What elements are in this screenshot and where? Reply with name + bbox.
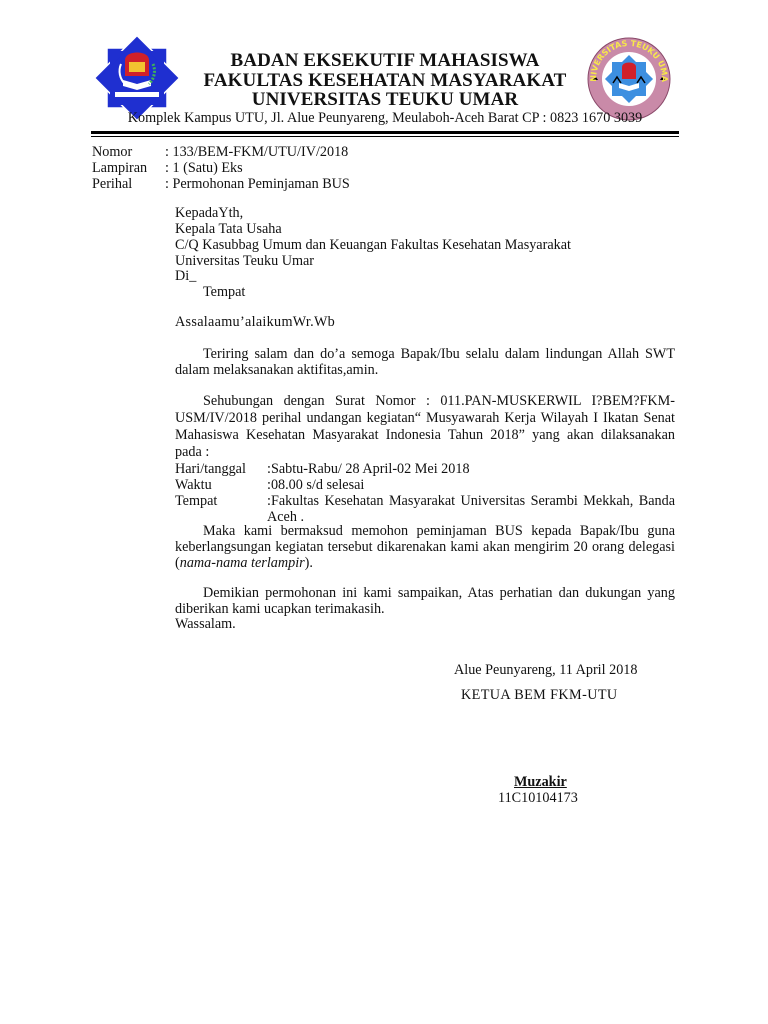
paragraph-request-end: ). [305, 555, 313, 571]
detail-value-date: :Sabtu-Rabu/ 28 April-02 Mei 2018 [267, 461, 470, 477]
letterhead-university-name: UNIVERSITAS TEUKU UMAR [180, 89, 590, 110]
detail-value-time: :08.00 s/d selesai [267, 477, 364, 493]
meta-value-lampiran: : 1 (Satu) Eks [165, 160, 243, 176]
recipient-place: Tempat [203, 284, 245, 300]
closing-salutation: Wassalam. [175, 616, 236, 632]
bem-fkm-logo-icon [95, 36, 179, 120]
recipient-line: Di_ [175, 268, 196, 284]
paragraph-reference: Sehubungan dengan Surat Nomor : 011.PAN-… [175, 393, 675, 461]
letterhead-faculty-name: FAKULTAS KESEHATAN MASYARAKAT [180, 70, 590, 91]
recipient-line: KepadaYth, [175, 205, 243, 221]
recipient-line: Kepala Tata Usaha [175, 221, 282, 237]
signatory-id: 11C10104173 [498, 790, 578, 806]
letterhead-address: Komplek Kampus UTU, Jl. Alue Peunyareng,… [95, 110, 675, 127]
detail-label-place: Tempat [175, 493, 217, 509]
letterhead-rule-thin [91, 136, 679, 137]
greeting: Assalaamu’alaikumWr.Wb [175, 314, 335, 330]
detail-label-date: Hari/tanggal [175, 461, 246, 477]
signatory-name: Muzakir [514, 774, 567, 790]
detail-label-time: Waktu [175, 477, 212, 493]
paragraph-opening: Teriring salam dan do’a semoga Bapak/Ibu… [175, 346, 675, 378]
detail-value-place: :Fakultas Kesehatan Masyarakat Universit… [267, 493, 675, 525]
paragraph-closing: Demikian permohonan ini kami sampaikan, … [175, 585, 675, 617]
letterhead-org-name: BADAN EKSEKUTIF MAHASISWA [180, 50, 590, 71]
paragraph-opening-text: Teriring salam dan do’a semoga Bapak/Ibu… [175, 346, 675, 378]
meta-label-perihal: Perihal [92, 176, 132, 192]
paragraph-request: Maka kami bermaksud memohon peminjaman B… [175, 523, 675, 571]
letterhead-rule-thick [91, 131, 679, 134]
recipient-line: C/Q Kasubbag Umum dan Keuangan Fakultas … [175, 237, 571, 253]
meta-label-lampiran: Lampiran [92, 160, 147, 176]
signatory-title: KETUA BEM FKM-UTU [461, 687, 618, 703]
attachment-note: nama-nama terlampir [180, 555, 305, 571]
place-date: Alue Peunyareng, 11 April 2018 [454, 662, 638, 678]
paragraph-reference-text: Sehubungan dengan Surat Nomor : 011.PAN-… [175, 393, 675, 460]
paragraph-closing-text: Demikian permohonan ini kami sampaikan, … [175, 585, 675, 617]
meta-value-nomor: : 133/BEM-FKM/UTU/IV/2018 [165, 144, 348, 160]
meta-label-nomor: Nomor [92, 144, 132, 160]
recipient-line: Universitas Teuku Umar [175, 253, 314, 269]
meta-value-perihal: : Permohonan Peminjaman BUS [165, 176, 350, 192]
